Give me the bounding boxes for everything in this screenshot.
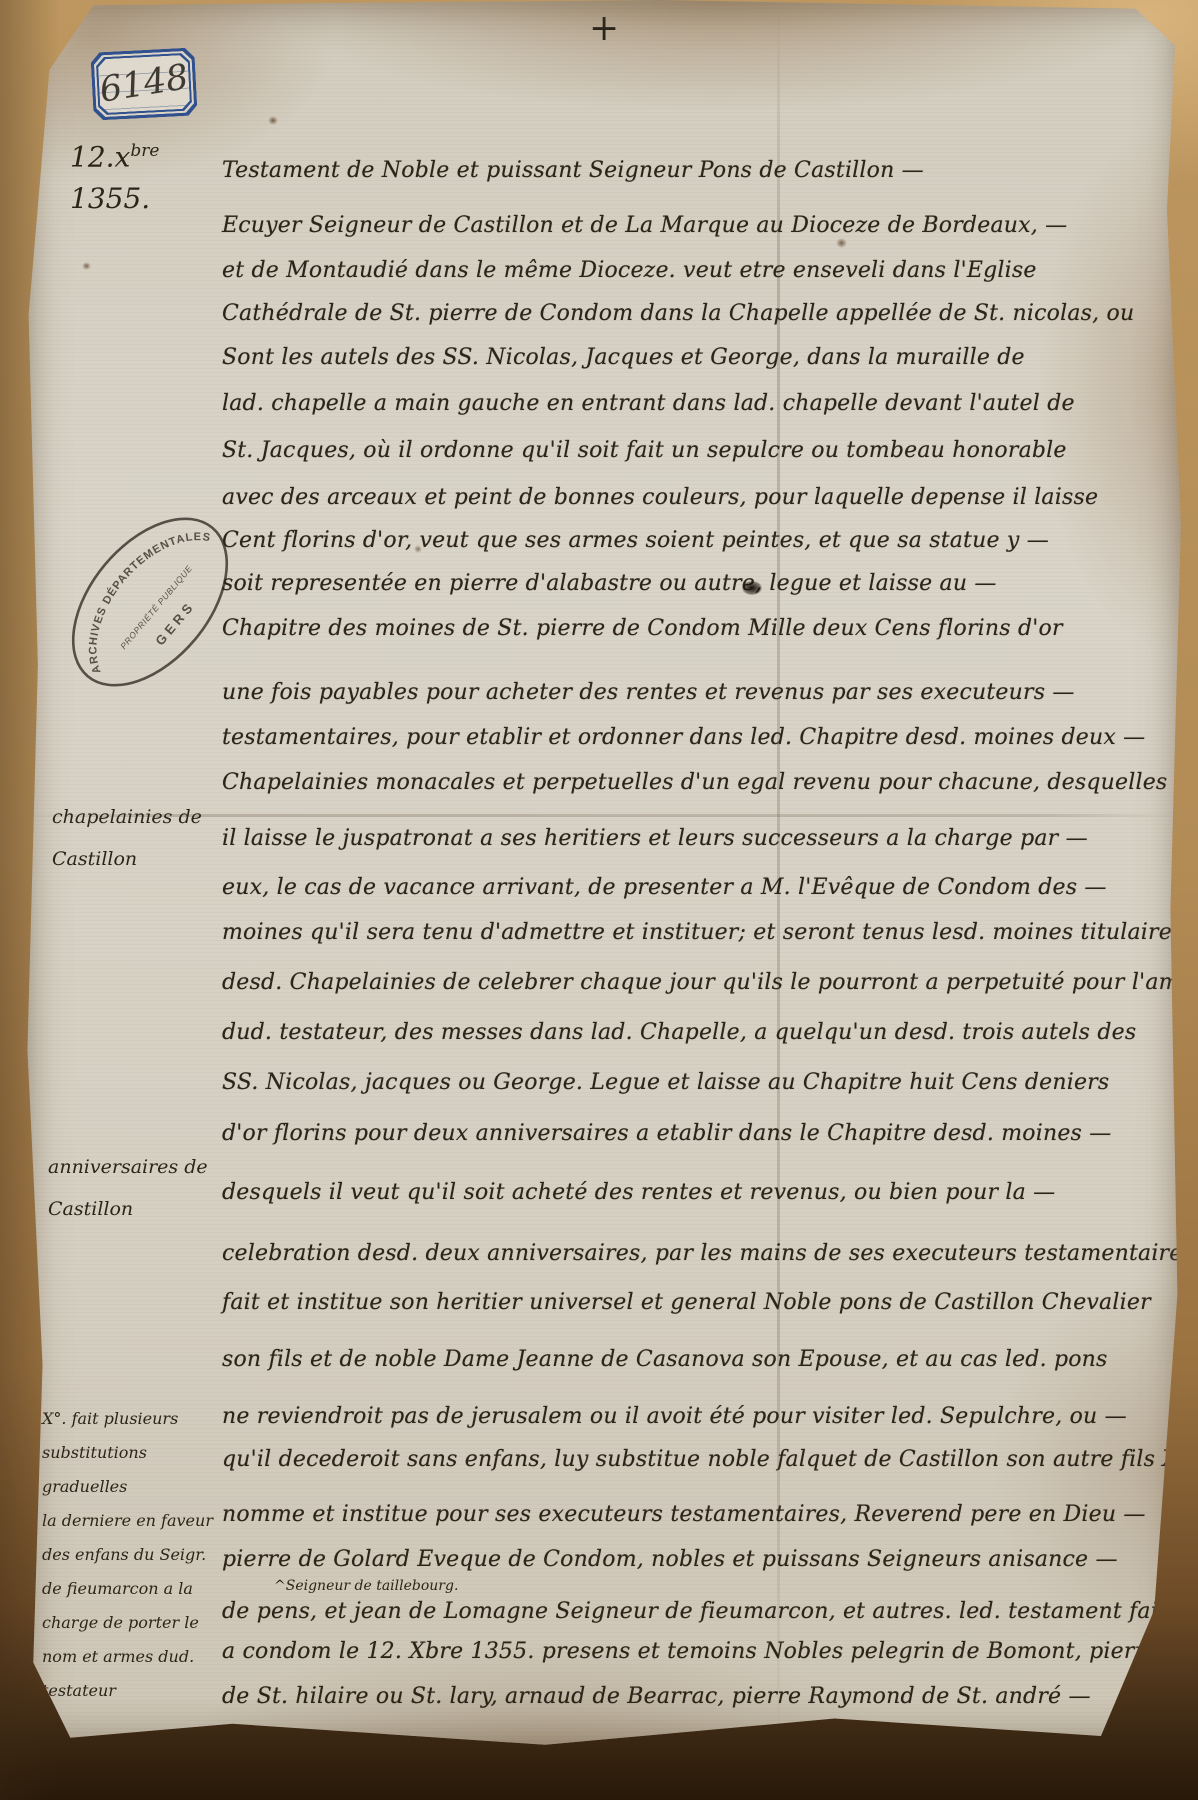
manuscript-line: soit representée en pierre d'alabastre o…	[222, 573, 997, 595]
interlinear-text: Seigneur de taillebourg.	[286, 1578, 459, 1594]
margin-note-line: Castillon	[48, 1188, 208, 1230]
manuscript-line: desquels il veut qu'il soit acheté des r…	[222, 1182, 1055, 1204]
manuscript-line: son fils et de noble Dame Jeanne de Casa…	[222, 1349, 1108, 1371]
margin-note-line: substitutions graduelles	[42, 1436, 222, 1504]
manuscript-line: une fois payables pour acheter des rente…	[222, 682, 1075, 704]
margin-note-line: X°. fait plusieurs	[42, 1402, 222, 1436]
manuscript-line: St. Jacques, où il ordonne qu'il soit fa…	[222, 440, 1067, 462]
manuscript-line: fait et institue son heritier universel …	[222, 1292, 1151, 1314]
interlinear-note: ^Seigneur de taillebourg.	[274, 1578, 458, 1594]
manuscript-line: Chapitre des moines de St. pierre de Con…	[222, 618, 1063, 640]
margin-note-line: des enfans du Seigr.	[42, 1538, 222, 1572]
manuscript-line: lad. chapelle a main gauche en entrant d…	[222, 393, 1075, 415]
manuscript-line: eux, le cas de vacance arrivant, de pres…	[222, 877, 1107, 899]
manuscript-line: Cent florins d'or, veut que ses armes so…	[222, 530, 1049, 552]
margin-note-line: anniversaires de	[48, 1146, 208, 1188]
stamp-arc-text: ARCHIVES DÉPARTEMENTALES	[58, 503, 217, 679]
paper-stain-spot	[268, 116, 278, 125]
manuscript-line: qu'il decederoit sans enfans, luy substi…	[222, 1449, 1197, 1471]
manuscript-line: desd. Chapelainies de celebrer chaque jo…	[222, 972, 1193, 994]
manuscript-line: nomme et institue pour ses executeurs te…	[222, 1504, 1146, 1526]
margin-date-day: 12.	[70, 140, 115, 173]
margin-date-month: x	[115, 140, 131, 173]
manuscript-line: Ecuyer Seigneur de Castillon et de La Ma…	[222, 215, 1067, 237]
margin-note-line: charge de porter le	[42, 1606, 222, 1640]
paper-stain-spot	[836, 238, 847, 248]
manuscript-line: de St. hilaire ou St. lary, arnaud de Be…	[222, 1686, 1091, 1708]
manuscript-line: dud. testateur, des messes dans lad. Cha…	[222, 1022, 1136, 1044]
margin-date-month-suffix: bre	[130, 141, 159, 161]
margin-note-anniversaires: anniversaires de Castillon	[48, 1146, 208, 1230]
cross-mark: +	[589, 8, 619, 49]
margin-date: 12.xbre 1355.	[70, 130, 159, 220]
margin-note-line: de fieumarcon a la	[42, 1572, 222, 1606]
manuscript-line: SS. Nicolas, jacques ou George. Legue et…	[222, 1072, 1109, 1094]
manuscript-line: Testament de Noble et puissant Seigneur …	[222, 160, 924, 182]
margin-note-line: Castillon	[52, 838, 202, 880]
interlinear-caret: ^	[274, 1578, 286, 1594]
margin-note-line: nom et armes dud.	[42, 1640, 222, 1674]
margin-note-chapelainies: chapelainies de Castillon	[52, 796, 202, 880]
margin-note-line: la derniere en faveur	[42, 1504, 222, 1538]
manuscript-line: moines qu'il sera tenu d'admettre et ins…	[222, 922, 1183, 944]
paper-stain-spot	[82, 262, 91, 270]
manuscript-line: et de Montaudié dans le même Dioceze. ve…	[222, 260, 1037, 282]
manuscript-line: a condom le 12. Xbre 1355. presens et te…	[222, 1641, 1158, 1663]
manuscript-line: avec des arceaux et peint de bonnes coul…	[222, 487, 1098, 509]
margin-note-substitutions: X°. fait plusieurs substitutions graduel…	[42, 1402, 222, 1708]
manuscript-line: celebration desd. deux anniversaires, pa…	[222, 1243, 1194, 1265]
manuscript-page: 6148 + 12.xbre 1355. ARCHIVES DÉPARTEMEN…	[24, 0, 1182, 1750]
manuscript-line: testamentaires, pour etablir et ordonner…	[222, 727, 1145, 749]
manuscript-line: Cathédrale de St. pierre de Condom dans …	[222, 303, 1134, 325]
ink-blot	[742, 581, 762, 595]
manuscript-line: Sont les autels des SS. Nicolas, Jacques…	[222, 347, 1025, 369]
manuscript-line: de pens, et jean de Lomagne Seigneur de …	[222, 1601, 1167, 1623]
margin-note-line: testateur	[42, 1674, 222, 1708]
manuscript-line: ne reviendroit pas de jerusalem ou il av…	[222, 1406, 1127, 1428]
manuscript-line: d'or florins pour deux anniversaires a e…	[222, 1123, 1111, 1145]
manuscript-line: pierre de Golard Eveque de Condom, noble…	[222, 1549, 1118, 1571]
margin-date-year: 1355.	[70, 182, 150, 215]
paper-stain-spot	[414, 545, 422, 553]
margin-note-line: chapelainies de	[52, 796, 202, 838]
manuscript-line: il laisse le juspatronat a ses heritiers…	[222, 828, 1088, 850]
archival-number-label: 6148	[90, 47, 197, 120]
manuscript-line: Chapelainies monacales et perpetuelles d…	[222, 772, 1167, 794]
photo-of-manuscript: 6148 + 12.xbre 1355. ARCHIVES DÉPARTEMEN…	[0, 0, 1198, 1800]
